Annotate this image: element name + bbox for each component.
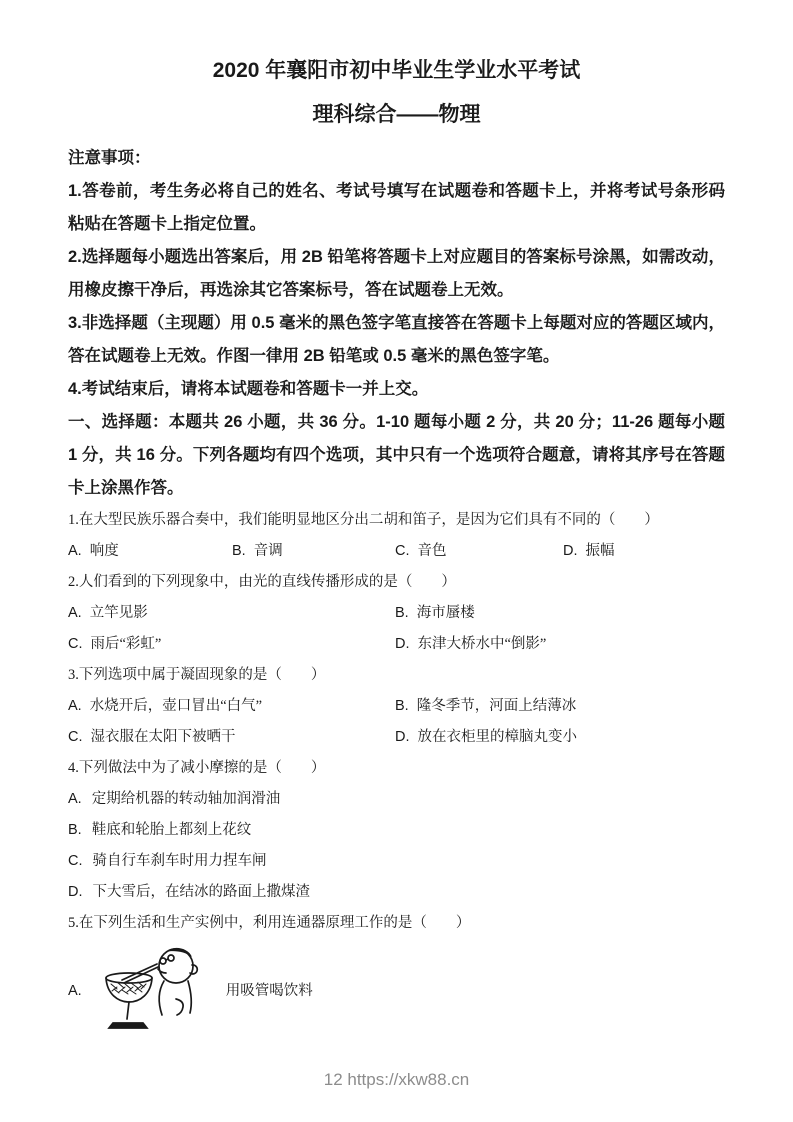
question-1-options: A.响度 B.音调 C.音色 D.振幅 [68,536,725,567]
question-3-options-row-2: C.湿衣服在太阳下被晒干 D.放在衣柜里的樟脑丸变小 [68,722,725,753]
option-text: 音调 [254,543,283,559]
option-label: C. [68,729,83,745]
option-label: A. [68,543,82,559]
question-5-option-a: A. [68,943,725,1039]
notice-item-3: 3.非选择题（主现题）用 0.5 毫米的黑色签字笔直接答在答题卡上每题对应的答题… [68,307,725,373]
question-3-stem: 3.下列选项中属于凝固现象的是（ ） [68,660,725,691]
option-text: 用吸管喝饮料 [226,976,313,1007]
option-text: 水烧开后，壶口冒出“白气” [90,698,262,714]
question-2: 2.人们看到的下列现象中，由光的直线传播形成的是（ ） A.立竿见影 B.海市蜃… [68,567,725,660]
question-2-stem: 2.人们看到的下列现象中，由光的直线传播形成的是（ ） [68,567,725,598]
option-text: 放在衣柜里的樟脑丸变小 [418,729,578,745]
question-4-option-b: B.鞋底和轮胎上都刻上花纹 [68,815,725,846]
option-label: C. [395,543,410,559]
question-4-option-d: D.下大雪后，在结冰的路面上撒煤渣 [68,877,725,908]
option-text: 骑自行车刹车时用力捏车闸 [93,853,267,869]
option-label: B. [395,698,409,714]
question-5-stem: 5.在下列生活和生产实例中，利用连通器原理工作的是（ ） [68,908,725,939]
option-label: B. [395,605,409,621]
option-text: 响度 [90,543,119,559]
question-4-option-c: C.骑自行车刹车时用力捏车闸 [68,846,725,877]
questions-list: 1.在大型民族乐器合奏中，我们能明显地区分出二胡和笛子，是因为它们具有不同的（ … [68,505,725,1039]
question-3-options-row-1: A.水烧开后，壶口冒出“白气” B.隆冬季节，河面上结薄冰 [68,691,725,722]
question-4-stem: 4.下列做法中为了减小摩擦的是（ ） [68,753,725,784]
option-text: 海市蜃楼 [417,605,475,621]
option-label: D. [68,884,83,900]
option-label: B. [68,822,82,838]
option-text: 湿衣服在太阳下被晒干 [91,729,236,745]
option-label: A. [68,698,82,714]
option-label: C. [68,853,83,869]
question-3-option-c: C.湿衣服在太阳下被晒干 [68,722,395,753]
option-text: 音色 [418,543,447,559]
option-label: A. [68,605,82,621]
page-content: 2020 年襄阳市初中毕业生学业水平考试 理科综合——物理 注意事项： 1.答卷… [0,58,793,1039]
question-2-option-b: B.海市蜃楼 [395,598,475,629]
notice-item-2: 2.选择题每小题选出答案后，用 2B 铅笔将答题卡上对应题目的答案标号涂黑，如需… [68,241,725,307]
notice-item-4: 4.考试结束后，请将本试题卷和答题卡一并上交。 [68,373,725,406]
page-footer: 12 https://xkw88.cn [0,1070,793,1090]
question-1-stem: 1.在大型民族乐器合奏中，我们能明显地区分出二胡和笛子，是因为它们具有不同的（ … [68,505,725,536]
question-1-option-c: C.音色 [395,536,563,567]
notice-heading: 注意事项： [68,142,725,175]
option-text: 东津大桥水中“倒影” [418,636,547,652]
option-label: A. [68,791,82,807]
question-1: 1.在大型民族乐器合奏中，我们能明显地区分出二胡和笛子，是因为它们具有不同的（ … [68,505,725,567]
question-1-option-b: B.音调 [232,536,395,567]
option-label: C. [68,636,83,652]
option-label: D. [563,543,578,559]
question-4-option-a: A.定期给机器的转动轴加润滑油 [68,784,725,815]
page-title: 2020 年襄阳市初中毕业生学业水平考试 [68,58,725,84]
straw-drinking-illustration [100,943,212,1039]
question-2-option-a: A.立竿见影 [68,598,395,629]
option-text: 振幅 [586,543,615,559]
option-label: D. [395,636,410,652]
question-3-option-d: D.放在衣柜里的樟脑丸变小 [395,722,577,753]
question-4: 4.下列做法中为了减小摩擦的是（ ） A.定期给机器的转动轴加润滑油 B.鞋底和… [68,753,725,908]
question-2-option-d: D.东津大桥水中“倒影” [395,629,546,660]
option-text: 下大雪后，在结冰的路面上撒煤渣 [93,884,311,900]
option-text: 定期给机器的转动轴加润滑油 [92,791,281,807]
question-5: 5.在下列生活和生产实例中，利用连通器原理工作的是（ ） A. [68,908,725,1039]
section-heading: 一、选择题：本题共 26 小题，共 36 分。1-10 题每小题 2 分，共 2… [68,406,725,505]
exam-paper-page: 2020 年襄阳市初中毕业生学业水平考试 理科综合——物理 注意事项： 1.答卷… [0,0,793,1122]
notice-item-1: 1.答卷前，考生务必将自己的姓名、考试号填写在试题卷和答题卡上，并将考试号条形码… [68,175,725,241]
option-label: A. [68,976,82,1007]
option-text: 鞋底和轮胎上都刻上花纹 [92,822,252,838]
option-text: 立竿见影 [90,605,148,621]
option-label: D. [395,729,410,745]
question-2-options-row-1: A.立竿见影 B.海市蜃楼 [68,598,725,629]
question-1-option-d: D.振幅 [563,536,615,567]
option-label: B. [232,543,246,559]
question-1-option-a: A.响度 [68,536,232,567]
question-3-option-a: A.水烧开后，壶口冒出“白气” [68,691,395,722]
option-text: 隆冬季节，河面上结薄冰 [417,698,577,714]
question-2-option-c: C.雨后“彩虹” [68,629,395,660]
page-subtitle: 理科综合——物理 [68,102,725,128]
option-text: 雨后“彩虹” [91,636,162,652]
question-3-option-b: B.隆冬季节，河面上结薄冰 [395,691,576,722]
question-3: 3.下列选项中属于凝固现象的是（ ） A.水烧开后，壶口冒出“白气” B.隆冬季… [68,660,725,753]
question-2-options-row-2: C.雨后“彩虹” D.东津大桥水中“倒影” [68,629,725,660]
